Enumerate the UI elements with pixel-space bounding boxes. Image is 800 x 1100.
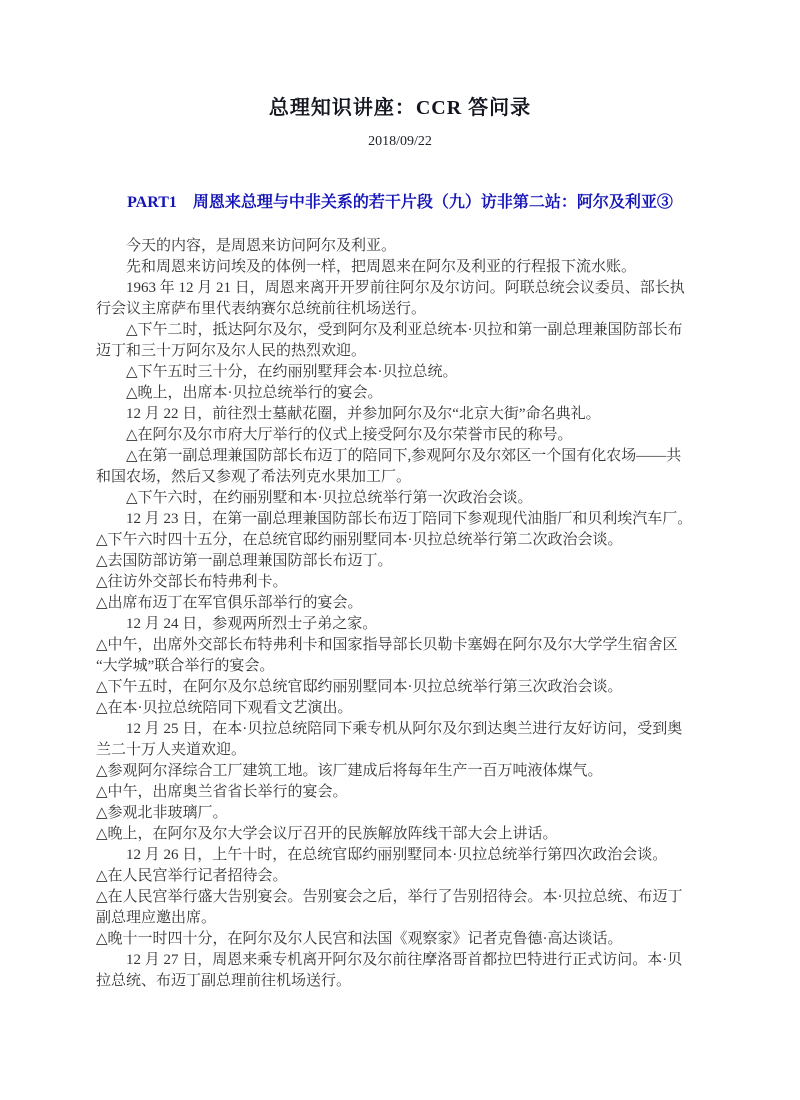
body-line: △下午六时四十五分，在总统官邸约丽别墅同本·贝拉总统举行第二次政治会谈。 xyxy=(96,530,712,551)
body-line: 今天的内容，是周恩来访问阿尔及利亚。 xyxy=(96,236,712,257)
body-line: 副总理应邀出席。 xyxy=(96,908,712,929)
body-line: 1963 年 12 月 21 日，周恩来离开开罗前往阿尔及尔访问。阿联总统会议委… xyxy=(96,278,712,299)
body-line: △晚上，出席本·贝拉总统举行的宴会。 xyxy=(96,383,712,404)
document-date: 2018/09/22 xyxy=(0,133,800,151)
body-line: △晚十一时四十分，在阿尔及尔人民宫和法国《观察家》记者克鲁德·高达谈话。 xyxy=(96,929,712,950)
body-line: 兰二十万人夹道欢迎。 xyxy=(96,740,712,761)
document-body: 今天的内容，是周恩来访问阿尔及利亚。 先和周恩来访问埃及的体例一样，把周恩来在阿… xyxy=(96,236,712,992)
body-line: △下午六时，在约丽别墅和本·贝拉总统举行第一次政治会谈。 xyxy=(96,488,712,509)
body-line: 行会议主席萨布里代表纳赛尔总统前往机场送行。 xyxy=(96,299,712,320)
body-line: △在人民宫举行记者招待会。 xyxy=(96,866,712,887)
body-line: 12 月 24 日，参观两所烈士子弟之家。 xyxy=(96,614,712,635)
document-title: 总理知识讲座：CCR 答问录 xyxy=(0,96,800,120)
body-line: △参观阿尔泽综合工厂建筑工地。该厂建成后将每年生产一百万吨液体煤气。 xyxy=(96,761,712,782)
body-line: △中午，出席奥兰省省长举行的宴会。 xyxy=(96,782,712,803)
body-line: △出席布迈丁在军官俱乐部举行的宴会。 xyxy=(96,593,712,614)
body-line: △中午，出席外交部长布特弗利卡和国家指导部长贝勒卡塞姆在阿尔及尔大学学生宿舍区 xyxy=(96,635,712,656)
body-line: △在人民宫举行盛大告别宴会。告别宴会之后，举行了告别招待会。本·贝拉总统、布迈丁 xyxy=(96,887,712,908)
body-line: △去国防部访第一副总理兼国防部长布迈丁。 xyxy=(96,551,712,572)
body-line: △晚上，在阿尔及尔大学会议厅召开的民族解放阵线干部大会上讲话。 xyxy=(96,824,712,845)
body-line: △下午二时，抵达阿尔及尔，受到阿尔及利亚总统本·贝拉和第一副总理兼国防部长布 xyxy=(96,320,712,341)
body-line: 12 月 25 日，在本·贝拉总统陪同下乘专机从阿尔及尔到达奥兰进行友好访问，受… xyxy=(96,719,712,740)
body-line: 12 月 22 日，前往烈士墓献花圈，并参加阿尔及尔“北京大街”命名典礼。 xyxy=(96,404,712,425)
body-line: “大学城”联合举行的宴会。 xyxy=(96,656,712,677)
body-line: 先和周恩来访问埃及的体例一样，把周恩来在阿尔及利亚的行程报下流水账。 xyxy=(96,257,712,278)
body-line: 迈丁和三十万阿尔及尔人民的热烈欢迎。 xyxy=(96,341,712,362)
body-line: 和国农场，然后又参观了希法列克水果加工厂。 xyxy=(96,467,712,488)
body-line: 12 月 23 日，在第一副总理兼国防部长布迈丁陪同下参观现代油脂厂和贝利埃汽车… xyxy=(96,509,712,530)
body-line: 拉总统、布迈丁副总理前往机场送行。 xyxy=(96,971,712,992)
body-line: △下午五时，在阿尔及尔总统官邸约丽别墅同本·贝拉总统举行第三次政治会谈。 xyxy=(96,677,712,698)
document-page: 总理知识讲座：CCR 答问录 2018/09/22 PART1 周恩来总理与中非… xyxy=(0,0,800,1100)
body-line: 12 月 26 日，上午十时，在总统官邸约丽别墅同本·贝拉总统举行第四次政治会谈… xyxy=(96,845,712,866)
body-line: △在阿尔及尔市府大厅举行的仪式上接受阿尔及尔荣誉市民的称号。 xyxy=(96,425,712,446)
body-line: △在本·贝拉总统陪同下观看文艺演出。 xyxy=(96,698,712,719)
body-line: △参观北非玻璃厂。 xyxy=(96,803,712,824)
body-line: △下午五时三十分，在约丽别墅拜会本·贝拉总统。 xyxy=(96,362,712,383)
section-heading: PART1 周恩来总理与中非关系的若干片段（九）访非第二站：阿尔及利亚③ xyxy=(40,193,760,213)
body-line: 12 月 27 日，周恩来乘专机离开阿尔及尔前往摩洛哥首都拉巴特进行正式访问。本… xyxy=(96,950,712,971)
body-line: △往访外交部长布特弗利卡。 xyxy=(96,572,712,593)
body-line: △在第一副总理兼国防部长布迈丁的陪同下,参观阿尔及尔郊区一个国有化农场——共 xyxy=(96,446,712,467)
